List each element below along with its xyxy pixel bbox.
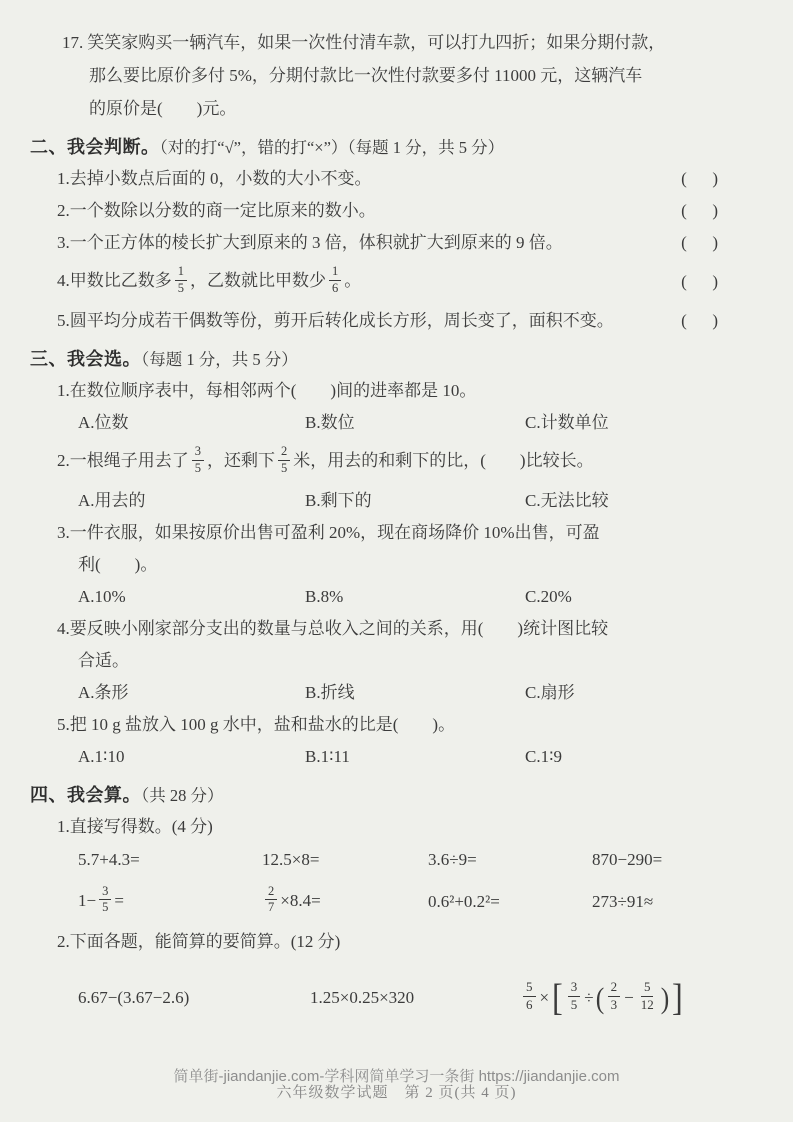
judgment-item-1: 1.去掉小数点后面的 0，小数的大小不变。 ( )	[57, 163, 718, 195]
option-a: A.1∶10	[78, 741, 305, 773]
judgment-item-3: 3.一个正方体的棱长扩大到原来的 3 倍，体积就扩大到原来的 9 倍。 ( )	[57, 227, 718, 259]
fraction-three-fifths: 35	[568, 979, 581, 1013]
simplify-expression-1: 6.67−(3.67−2.6)	[78, 988, 310, 1008]
fraction-one-fifth: 15	[175, 264, 187, 296]
judgment-text-mid: ，乙数就比甲数少	[190, 271, 326, 290]
option-a: A.条形	[78, 677, 305, 709]
fraction-three-fifths: 35	[99, 884, 111, 916]
option-c: C.无法比较	[525, 485, 763, 517]
section-3-header: 三、我会选。（每题 1 分，共 5 分）	[30, 344, 763, 375]
calc-expression: 5.7+4.3=	[78, 843, 262, 876]
fraction-two-fifths: 25	[278, 444, 290, 476]
option-b: B.8%	[305, 581, 525, 613]
choice-options-3: A.10% B.8% C.20%	[78, 581, 763, 613]
choice-question-4-line-1: 4.要反映小刚家部分支出的数量与总收入之间的关系，用( )统计图比较	[57, 613, 763, 645]
section-2-title: 二、我会判断。	[30, 137, 160, 157]
choice-question-3-line-2: 利( )。	[78, 549, 763, 581]
minus-operator: −	[623, 988, 635, 1008]
simplify-row: 6.67−(3.67−2.6) 1.25×0.25×320 56 × [ 35 …	[78, 970, 763, 1026]
answer-bracket: ( )	[681, 305, 718, 337]
answer-bracket: ( )	[681, 266, 718, 298]
calc-expression: 1−35=	[78, 884, 262, 918]
fraction-two-thirds: 23	[608, 979, 621, 1013]
question-17-line-2: 那么要比原价多付 5%，分期付款比一次性付款要多付 11000 元，这辆汽车	[89, 59, 763, 92]
choice-question-3-line-1: 3.一件衣服，如果按原价出售可盈利 20%，现在商场降价 10%出售，可盈	[57, 517, 763, 549]
section-4-header: 四、我会算。（共 28 分）	[30, 780, 763, 811]
option-b: B.折线	[305, 677, 525, 709]
judgment-text: 5.圆平均分成若干偶数等份，剪开后转化成长方形，周长变了，面积不变。	[57, 305, 614, 337]
answer-bracket: ( )	[681, 163, 718, 195]
question-17-line-3: 的原价是( )元。	[89, 92, 763, 125]
choice-options-2: A.用去的 B.剩下的 C.无法比较	[78, 485, 763, 517]
option-a: A.位数	[78, 407, 305, 439]
option-b: B.剩下的	[305, 485, 525, 517]
section-3-subtitle: （每题 1 分，共 5 分）	[141, 350, 298, 369]
section-4-subtitle: （共 28 分）	[141, 786, 224, 805]
section-2-header: 二、我会判断。（对的打“√”，错的打“×”）（每题 1 分，共 5 分）	[30, 132, 763, 163]
choice-options-4: A.条形 B.折线 C.扇形	[78, 677, 763, 709]
judgment-text-pre: 4.甲数比乙数多	[57, 271, 172, 290]
judgment-text: 2.一个数除以分数的商一定比原来的数小。	[57, 195, 376, 227]
fraction-five-twelfths: 512	[638, 979, 657, 1013]
fraction-five-sixths: 56	[523, 979, 536, 1013]
exam-page: 17.笑笑家购买一辆汽车，如果一次性付清车款，可以打九四折；如果分期付款， 那么…	[0, 0, 793, 1122]
calc-expression: 0.6²+0.2²=	[428, 885, 592, 918]
option-c: C.计数单位	[525, 407, 763, 439]
calc-expression: 273÷91≈	[592, 885, 763, 918]
judgment-item-5: 5.圆平均分成若干偶数等份，剪开后转化成长方形，周长变了，面积不变。 ( )	[57, 305, 718, 337]
option-c: C.1∶9	[525, 741, 763, 773]
expression-pre: 1−	[78, 891, 96, 910]
left-square-bracket: [	[551, 981, 563, 1015]
question-17: 17.笑笑家购买一辆汽车，如果一次性付清车款，可以打九四折；如果分期付款， 那么…	[62, 26, 763, 125]
calc-row-1: 5.7+4.3= 12.5×8= 3.6÷9= 870−290=	[78, 843, 763, 876]
choice-options-5: A.1∶10 B.1∶11 C.1∶9	[78, 741, 763, 773]
question-17-line-1: 17.笑笑家购买一辆汽车，如果一次性付清车款，可以打九四折；如果分期付款，	[62, 26, 763, 59]
simplify-expression-3: 56 × [ 35 ÷ ( 23 − 512 ) ]	[520, 981, 763, 1015]
fraction-two-sevenths: 27	[265, 884, 277, 916]
answer-bracket: ( )	[681, 227, 718, 259]
judgment-item-2: 2.一个数除以分数的商一定比原来的数小。 ( )	[57, 195, 718, 227]
expression-post: =	[114, 891, 124, 910]
page-number: 六年级数学试题 第 2 页(共 4 页)	[0, 1085, 793, 1102]
fraction-three-fifths: 35	[192, 444, 204, 476]
option-b: B.数位	[305, 407, 525, 439]
choice-question-2: 2.一根绳子用去了35，还剩下25米，用去的和剩下的比，( )比较长。	[57, 439, 763, 485]
judgment-text: 3.一个正方体的棱长扩大到原来的 3 倍，体积就扩大到原来的 9 倍。	[57, 227, 563, 259]
question-number: 17.	[62, 33, 83, 52]
judgment-list: 1.去掉小数点后面的 0，小数的大小不变。 ( ) 2.一个数除以分数的商一定比…	[30, 163, 763, 337]
question-text: 2.一根绳子用去了35，还剩下25米，用去的和剩下的比，( )比较长。	[57, 445, 594, 478]
watermark-site-link: 简单街-jiandanjie.com-学科网简单学习一条街 https://ji…	[0, 1068, 793, 1085]
calc-expression: 3.6÷9=	[428, 843, 592, 876]
choice-question-1: 1.在数位顺序表中，每相邻两个( )间的进率都是 10。	[57, 375, 763, 407]
calc-expression: 12.5×8=	[262, 843, 428, 876]
section-2-subtitle: （对的打“√”，错的打“×”）（每题 1 分，共 5 分）	[160, 138, 505, 157]
calc-subsection-1: 1.直接写得数。(4 分)	[57, 811, 763, 843]
question-text: 笑笑家购买一辆汽车，如果一次性付清车款，可以打九四折；如果分期付款，	[87, 33, 665, 52]
option-a: A.10%	[78, 581, 305, 613]
judgment-text-post: 。	[344, 271, 361, 290]
calc-subsection-2: 2.下面各题，能简算的要简算。(12 分)	[57, 926, 763, 958]
choice-question-5: 5.把 10 g 盐放入 100 g 水中，盐和盐水的比是( )。	[57, 709, 763, 741]
judgment-text: 4.甲数比乙数多15，乙数就比甲数少16。	[57, 265, 361, 298]
question-text-post: 米，用去的和剩下的比，( )比较长。	[293, 451, 593, 470]
simplify-expression-2: 1.25×0.25×320	[310, 988, 520, 1008]
option-a: A.用去的	[78, 485, 305, 517]
option-c: C.20%	[525, 581, 763, 613]
section-4-title: 四、我会算。	[30, 785, 141, 805]
question-text-mid: ，还剩下	[207, 451, 275, 470]
option-b: B.1∶11	[305, 741, 525, 773]
question-text-pre: 2.一根绳子用去了	[57, 451, 189, 470]
exam-content: 17.笑笑家购买一辆汽车，如果一次性付清车款，可以打九四折；如果分期付款， 那么…	[0, 0, 793, 1026]
right-square-bracket: ]	[671, 981, 683, 1015]
calc-row-2: 1−35= 27×8.4= 0.6²+0.2²= 273÷91≈	[78, 876, 763, 926]
calc-expression: 870−290=	[592, 843, 763, 876]
fraction-one-sixth: 16	[329, 264, 341, 296]
divide-operator: ÷	[583, 988, 594, 1008]
judgment-item-4: 4.甲数比乙数多15，乙数就比甲数少16。 ( )	[57, 259, 718, 305]
choice-question-4-line-2: 合适。	[78, 645, 763, 677]
expression-post: ×8.4=	[280, 891, 320, 910]
page-footer: 简单街-jiandanjie.com-学科网简单学习一条街 https://ji…	[0, 1068, 793, 1102]
answer-bracket: ( )	[681, 195, 718, 227]
choice-options-1: A.位数 B.数位 C.计数单位	[78, 407, 763, 439]
section-3-title: 三、我会选。	[30, 349, 141, 369]
calc-expression: 27×8.4=	[262, 884, 428, 918]
judgment-text: 1.去掉小数点后面的 0，小数的大小不变。	[57, 163, 372, 195]
right-paren: )	[660, 985, 669, 1012]
multiply-operator: ×	[539, 988, 551, 1008]
left-paren: (	[595, 985, 604, 1012]
option-c: C.扇形	[525, 677, 763, 709]
